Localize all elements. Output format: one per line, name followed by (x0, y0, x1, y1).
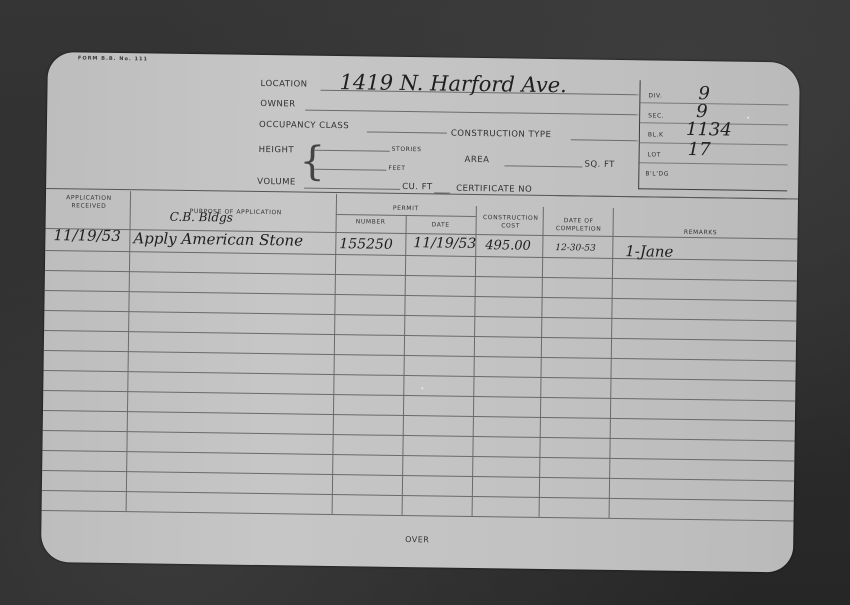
bldg-label: B'L'DG (645, 170, 669, 177)
over-label: OVER (41, 530, 793, 549)
cu-ft-label: CU. FT (402, 182, 433, 192)
stories-label: STORIES (392, 146, 422, 153)
feet-line (314, 169, 386, 171)
permit-index-card: FORM B.B. No. 111 LOCATION 1419 N. Harfo… (41, 52, 800, 572)
blk-label: BL.K (648, 131, 664, 138)
col-header-permit: PERMIT (338, 204, 474, 214)
lot-value: 17 (688, 139, 711, 160)
height-label: HEIGHT (259, 145, 295, 155)
div-label: DIV. (648, 92, 662, 99)
cell-permit-date: 11/19/53 (413, 235, 476, 252)
col-divider (472, 206, 477, 516)
col-header-application-received: APPLICATION RECEIVED (50, 194, 128, 211)
area-line (504, 165, 582, 167)
col-divider (609, 208, 614, 518)
lot-info-box: DIV. 9 SEC. 9 BL.K 1134 LOT 17 B'L'DG (638, 80, 789, 191)
cell-remarks: 1-Jane (625, 242, 673, 261)
col-header-permit-number: NUMBER (338, 218, 404, 227)
col-header-date-of-completion: DATE OF COMPLETION (548, 217, 610, 234)
location-value: 1419 N. Harford Ave. (339, 70, 567, 97)
cell-application-received: 11/19/53 (53, 226, 121, 245)
owner-line (305, 110, 638, 116)
col-header-permit-date: DATE (408, 221, 474, 230)
cell-construction-cost: 495.00 (485, 238, 531, 254)
cell-purpose: Apply American Stone (133, 229, 303, 249)
blk-value: 1134 (686, 119, 732, 141)
lot-label: LOT (648, 151, 661, 158)
location-label: LOCATION (261, 79, 308, 90)
occupancy-class-line (367, 131, 447, 133)
col-divider (402, 215, 407, 515)
col-divider (539, 207, 544, 517)
volume-label: VOLUME (257, 177, 296, 188)
cell-permit-number: 155250 (339, 236, 393, 253)
sq-ft-label: SQ. FT (584, 160, 615, 170)
col-header-construction-cost: CONSTRUCTION COST (482, 214, 540, 231)
construction-type-label: CONSTRUCTION TYPE (451, 129, 552, 140)
area-label: AREA (464, 155, 489, 165)
cell-date-of-completion: 12-30-53 (555, 243, 596, 254)
stories-line (315, 150, 390, 152)
construction-type-line (571, 139, 638, 141)
volume-line (304, 188, 400, 190)
occupancy-class-label: OCCUPANCY CLASS (259, 120, 349, 131)
form-number: FORM B.B. No. 111 (78, 55, 148, 62)
sec-label: SEC. (648, 112, 664, 119)
cell-purpose-note: C.B. Bldgs (170, 210, 233, 225)
height-brace: { (299, 142, 325, 182)
owner-label: OWNER (260, 99, 295, 109)
feet-label: FEET (388, 165, 405, 172)
